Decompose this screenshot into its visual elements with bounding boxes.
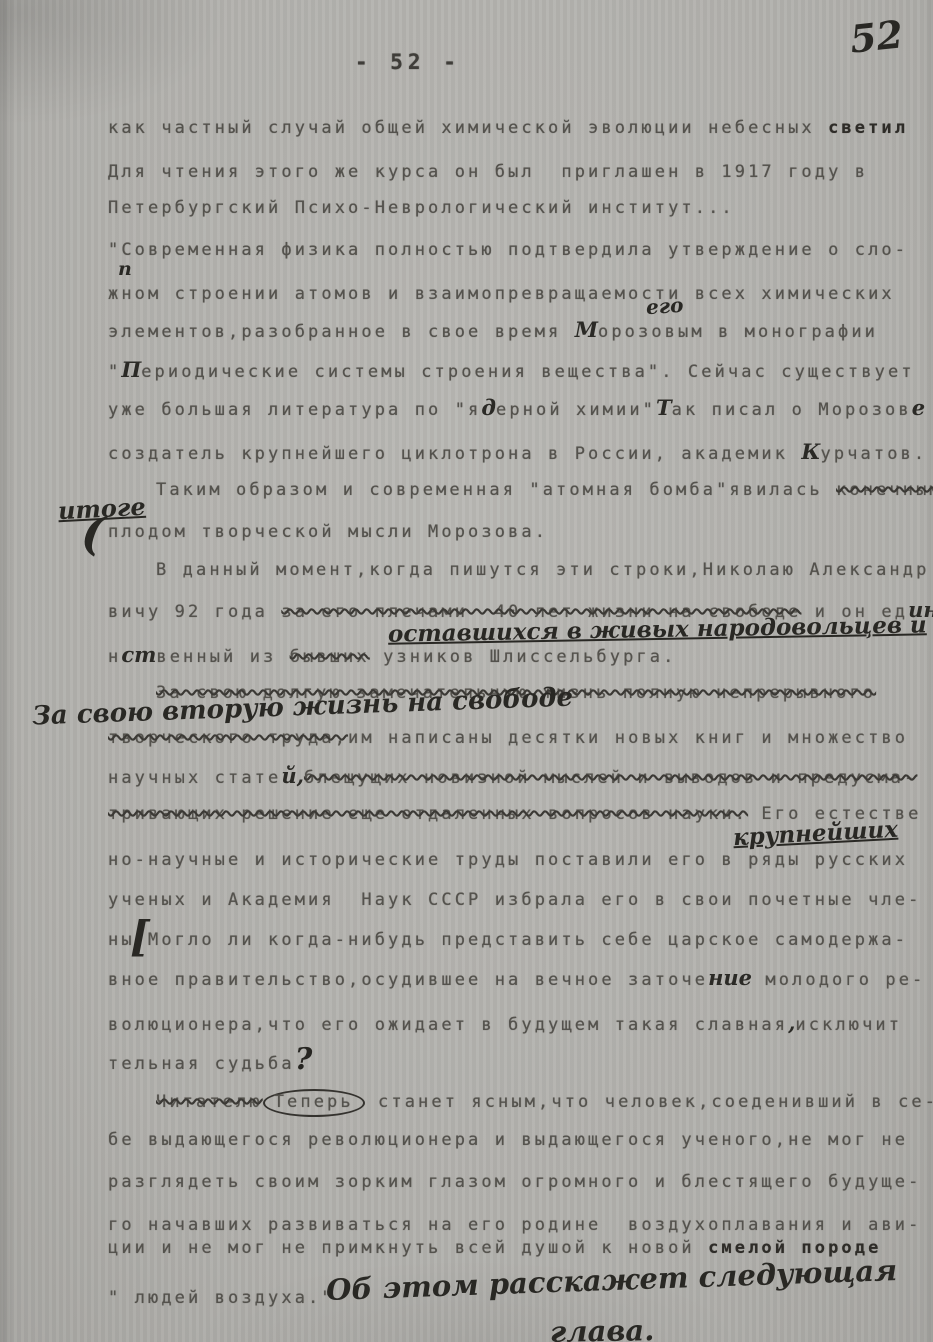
text-segment-strike: конечным	[836, 480, 933, 500]
text-segment-normal: ции и не мог не примкнуть всей душой к н…	[108, 1238, 708, 1258]
text-segment-normal: Петербургский Психо-Неврологический инст…	[108, 198, 735, 218]
text-segment-normal: волюционера,что его ожидает в будущем та…	[108, 1015, 788, 1035]
text-segment-normal: как частный случай общей химической эвол…	[108, 118, 828, 138]
typed-line: плодом творческой мысли Морозова.	[108, 520, 933, 544]
text-segment-hw: ние	[708, 965, 752, 990]
text-segment-normal: бе выдающегося революционера и выдающего…	[108, 1130, 908, 1150]
text-segment-hw: ст	[121, 642, 156, 667]
typed-line: ны.Могло ли когда-нибудь представить себ…	[108, 928, 933, 952]
text-segment-normal: разглядеть своим зорким глазом огромного…	[108, 1172, 921, 1192]
text-segment-normal: создатель крупнейшего циклотрона в Росси…	[108, 444, 801, 464]
text-segment-strike: творческого труда,	[108, 728, 348, 748]
handwritten-corner-number: 52	[848, 11, 905, 61]
text-segment-normal: го начавших развиваться на его родине во…	[108, 1215, 921, 1235]
text-segment-hw: д	[481, 395, 496, 420]
text-segment-normal: Для чтения этого же курса он был приглаш…	[108, 162, 868, 182]
text-segment-normal: станет ясным,что человек,соеденивший в с…	[365, 1092, 933, 1112]
text-segment-normal: Таким образом и современная "атомная бом…	[156, 480, 836, 500]
text-segment-normal: вное правительство,осудившее на вечное з…	[108, 970, 708, 990]
text-segment-normal: ак писал о Морозов	[672, 400, 912, 420]
text-segment-hwbig: ?	[295, 1042, 313, 1077]
typed-line: бе выдающегося революционера и выдающего…	[108, 1128, 933, 1152]
typed-line: научных статей,блещущих новизной мыслей …	[108, 764, 933, 790]
typed-line: как частный случай общей химической эвол…	[108, 116, 933, 140]
handwritten-paragraph-mark: п	[118, 258, 132, 280]
typed-line: нственный из бывших узников Шлиссельбург…	[108, 643, 933, 669]
typed-line: ученых и Академия Наук СССР избрала его …	[108, 888, 933, 912]
text-segment-strike: Читателю	[156, 1092, 263, 1112]
text-segment-normal: " людей воздуха."	[108, 1288, 335, 1308]
text-segment-normal: молодого ре-	[752, 970, 925, 990]
text-segment-normal: элементов,разобранное в свое время	[108, 322, 575, 342]
typed-line: жном строении атомов и взаимопревращаемо…	[108, 282, 933, 306]
typed-line: волюционера,что его ожидает в будущем та…	[108, 1011, 933, 1037]
text-segment-normal: узников Шлиссельбурга.	[370, 647, 677, 667]
typed-line: вное правительство,осудившее на вечное з…	[108, 966, 933, 992]
text-segment-normal: вичу 92 года	[108, 602, 281, 622]
text-segment-normal: уже большая литература по "я	[108, 400, 481, 420]
text-segment-normal: исключит	[795, 1015, 902, 1035]
typescript-page: - 52 - как частный случай общей химическ…	[0, 0, 933, 1342]
text-segment-normal: ученых и Академия Наук СССР избрала его …	[108, 890, 921, 910]
handwritten-closing-note-line2: глава.	[550, 1313, 655, 1342]
text-segment-hw: Т	[656, 395, 672, 420]
text-segment-normal: им написаны десятки новых книг и множест…	[348, 728, 908, 748]
typed-line: элементов,разобранное в свое время Мороз…	[108, 318, 933, 344]
text-segment-circled: Теперь	[263, 1089, 365, 1117]
typed-line: В данный момент,когда пишутся эти строки…	[108, 558, 933, 582]
text-segment-normal: "	[108, 362, 121, 382]
text-segment-normal: тельная судьба	[108, 1054, 295, 1074]
text-segment-normal: н	[108, 647, 121, 667]
text-segment-normal: научных стате	[108, 768, 281, 788]
text-segment-normal: урчатов.	[821, 444, 928, 464]
text-segment-normal: но-научные и исторические труды поставил…	[108, 850, 908, 870]
text-segment-hw: й,	[281, 763, 304, 788]
typed-line: ЧитателюТеперь станет ясным,что человек,…	[108, 1090, 933, 1114]
typed-line: разглядеть своим зорким глазом огромного…	[108, 1170, 933, 1194]
text-segment-bold: светил	[828, 118, 908, 138]
text-segment-hw: М	[575, 317, 598, 342]
text-segment-strike: бывших	[290, 647, 370, 667]
typed-line: тельная судьба?	[108, 1048, 933, 1076]
text-segment-normal: В данный момент,когда пишутся эти строки…	[156, 560, 929, 580]
text-segment-hw: е	[912, 395, 925, 420]
text-segment-strike: блещущих новизной мыслей и выводов и пре…	[304, 768, 917, 788]
text-segment-hw: П	[121, 357, 141, 382]
typed-line: Таким образом и современная "атомная бом…	[108, 478, 933, 502]
text-segment-normal: ны.Могло ли когда-нибудь представить себ…	[108, 930, 908, 950]
page-number: - 52 -	[355, 50, 461, 74]
text-segment-normal: жном строении атомов и взаимопревращаемо…	[108, 284, 895, 304]
handwritten-bracket-mark: [	[130, 912, 150, 961]
typed-line: Петербургский Психо-Неврологический инст…	[108, 196, 933, 220]
text-segment-normal: ериодические системы строения вещества".…	[141, 362, 914, 382]
typed-line: создатель крупнейшего циклотрона в Росси…	[108, 440, 933, 466]
typed-line: "Периодические системы строения вещества…	[108, 358, 933, 384]
text-segment-normal: плодом творческой мысли Морозова.	[108, 522, 548, 542]
typed-line: уже большая литература по "ядерной химии…	[108, 396, 933, 422]
text-segment-normal: "Современная физика полностью подтвердил…	[108, 240, 908, 260]
text-segment-normal: орозовым в монографии	[598, 322, 878, 342]
typed-line: "Современная физика полностью подтвердил…	[108, 238, 933, 262]
typed-line: но-научные и исторические труды поставил…	[108, 848, 933, 872]
text-segment-hw: К	[801, 439, 820, 464]
text-segment-normal: венный из	[156, 647, 289, 667]
typed-line: творческого труда,им написаны десятки но…	[108, 726, 933, 750]
text-segment-strike: тривающих решение еще отдаленных вопросо…	[108, 804, 748, 824]
text-segment-normal: ерной химии"	[496, 400, 656, 420]
handwritten-insert-ego: его	[645, 293, 684, 320]
typed-line: Для чтения этого же курса он был приглаш…	[108, 160, 933, 184]
typed-line: го начавших развиваться на его родине во…	[108, 1213, 933, 1237]
